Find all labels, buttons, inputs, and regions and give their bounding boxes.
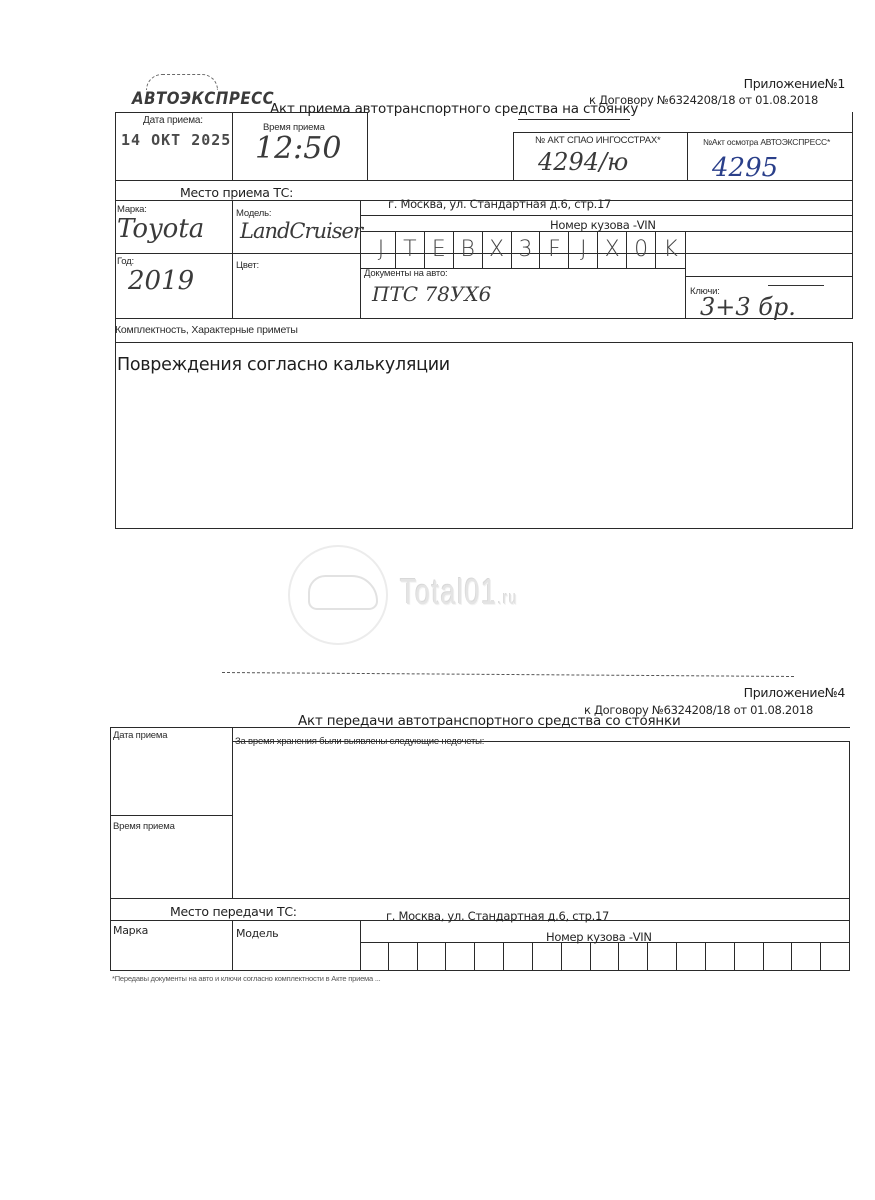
model-value[interactable]: LandCruiser bbox=[240, 219, 362, 243]
vin-grid: JTEBX3FJX0K bbox=[367, 231, 685, 268]
completeness-value[interactable]: Повреждения согласно калькуляции bbox=[117, 355, 450, 375]
vin-char-cell[interactable]: 0 bbox=[627, 231, 656, 268]
vin-empty-cell[interactable] bbox=[706, 942, 735, 970]
vin-char-cell[interactable]: T bbox=[396, 231, 425, 268]
watermark-text: Total01.ru bbox=[400, 571, 518, 613]
date-field-4[interactable] bbox=[113, 742, 229, 812]
ingos-act-label: № АКТ СПАО ИНГОССТРАХ* bbox=[535, 135, 661, 146]
date-stamp: 14 ОКТ 2025 bbox=[121, 131, 231, 149]
vin-char-cell[interactable]: J bbox=[367, 231, 396, 268]
docs-label: Документы на авто: bbox=[364, 268, 447, 279]
autoexpress-act-value[interactable]: 4295 bbox=[712, 153, 778, 183]
vin-empty-cell[interactable] bbox=[504, 942, 533, 970]
vin-empty-cell[interactable] bbox=[764, 942, 793, 970]
vin-empty-cell[interactable] bbox=[619, 942, 648, 970]
autoexpress-act-label: №Акт осмотра АВТОЭКСПРЕСС* bbox=[703, 137, 830, 147]
vin-empty-cell[interactable] bbox=[677, 942, 706, 970]
brand-label-4: Марка bbox=[113, 924, 148, 937]
ingos-act-value[interactable]: 4294/ю bbox=[538, 148, 628, 176]
place-label-4: Место передачи ТС: bbox=[170, 904, 297, 919]
logo-text: АВТОЭКСПРЕСС bbox=[132, 88, 274, 109]
time-field-4[interactable] bbox=[113, 834, 229, 894]
brand-field-4[interactable] bbox=[113, 938, 229, 968]
brand-value[interactable]: Toyota bbox=[117, 214, 204, 244]
act-1-title: Акт приема автотранспортного средства на… bbox=[270, 101, 638, 117]
vin-empty-cell[interactable] bbox=[360, 942, 389, 970]
model-label-4: Модель bbox=[236, 927, 278, 940]
vin-empty-cell[interactable] bbox=[475, 942, 504, 970]
keys-blank-line bbox=[768, 274, 824, 286]
total01-watermark: Total01.ru bbox=[288, 545, 608, 655]
keys-value[interactable]: 3+3 бр. bbox=[700, 293, 796, 321]
vin-empty-cell[interactable] bbox=[735, 942, 764, 970]
car-icon bbox=[308, 575, 378, 610]
vin-char-cell[interactable]: B bbox=[454, 231, 483, 268]
vin-empty-cell[interactable] bbox=[389, 942, 418, 970]
vin-empty-cell[interactable] bbox=[792, 942, 821, 970]
vin-empty-cell[interactable] bbox=[446, 942, 475, 970]
appendix-1-label: Приложение№1 bbox=[744, 76, 845, 91]
date-label-4: Дата приема bbox=[113, 730, 167, 741]
time-label-4: Время приема bbox=[113, 821, 175, 832]
defects-label: За время хранения были выявлены следующи… bbox=[235, 736, 484, 747]
vin-char-cell[interactable]: E bbox=[425, 231, 454, 268]
time-value[interactable]: 12:50 bbox=[255, 131, 341, 166]
defects-field[interactable] bbox=[236, 752, 846, 894]
vin-empty-cell[interactable] bbox=[533, 942, 562, 970]
vin-empty-cell[interactable] bbox=[821, 942, 850, 970]
page-separator bbox=[222, 672, 794, 677]
vin-grid-4 bbox=[360, 942, 850, 970]
autoexpress-logo: АВТОЭКСПРЕСС bbox=[132, 72, 232, 112]
date-label: Дата приема: bbox=[143, 115, 203, 126]
vin-char-cell[interactable]: K bbox=[656, 231, 685, 268]
year-value[interactable]: 2019 bbox=[128, 266, 194, 296]
appendix-4-label: Приложение№4 bbox=[744, 685, 845, 700]
completeness-label: Комплектность, Характерные приметы bbox=[115, 324, 298, 336]
place-value: г. Москва, ул. Стандартная д.6, стр.17 bbox=[388, 197, 611, 211]
vin-label: Номер кузова -VIN bbox=[550, 218, 656, 232]
vin-empty-cell[interactable] bbox=[648, 942, 677, 970]
vin-empty-cell[interactable] bbox=[591, 942, 620, 970]
vin-char-cell[interactable]: X bbox=[483, 231, 512, 268]
footnote: *Передавы документы на авто и ключи согл… bbox=[112, 974, 381, 983]
docs-value[interactable]: ПТС 78УХ6 bbox=[372, 282, 491, 306]
vin-empty-cell[interactable] bbox=[418, 942, 447, 970]
vin-empty-cell[interactable] bbox=[562, 942, 591, 970]
vin-char-cell[interactable]: X bbox=[598, 231, 627, 268]
vin-char-cell[interactable]: 3 bbox=[512, 231, 541, 268]
place-value-4: г. Москва, ул. Стандартная д.6, стр.17 bbox=[386, 909, 609, 923]
color-label: Цвет: bbox=[236, 260, 259, 271]
model-label: Модель: bbox=[236, 208, 271, 219]
vin-char-cell[interactable]: J bbox=[569, 231, 598, 268]
model-field-4[interactable] bbox=[236, 941, 356, 968]
place-label: Место приема ТС: bbox=[180, 185, 293, 200]
vin-char-cell[interactable]: F bbox=[540, 231, 569, 268]
